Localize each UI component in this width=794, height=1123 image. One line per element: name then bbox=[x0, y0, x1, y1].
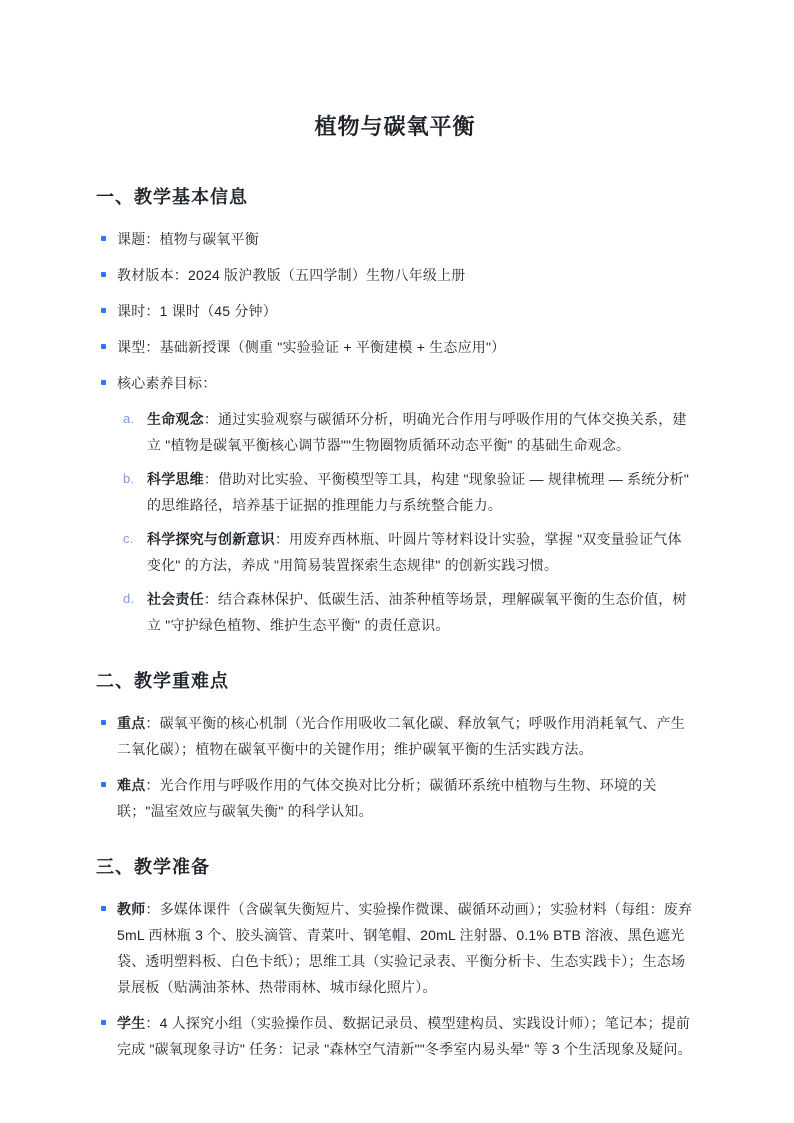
item-term: 重点 bbox=[117, 715, 145, 731]
item-term: 学生 bbox=[117, 1015, 145, 1031]
document-page: 植物与碳氧平衡 一、教学基本信息课题：植物与碳氧平衡教材版本：2024 版沪教版… bbox=[0, 0, 794, 1123]
section-heading: 三、教学准备 bbox=[96, 854, 694, 880]
alpha-item-term: 社会责任 bbox=[147, 591, 204, 607]
list-item: 核心素养目标：生命观念：通过实验观察与碳循环分析，明确光合作用与呼吸作用的气体交… bbox=[117, 370, 694, 638]
item-text: ：多媒体课件（含碳氧失衡短片、实验操作微课、碳循环动画）；实验材料（每组：废弃 … bbox=[117, 901, 692, 995]
item-text: 教材版本：2024 版沪教版（五四学制）生物八年级上册 bbox=[117, 267, 465, 283]
section: 三、教学准备教师：多媒体课件（含碳氧失衡短片、实验操作微课、碳循环动画）；实验材… bbox=[96, 854, 694, 1062]
list-item: 重点：碳氧平衡的核心机制（光合作用吸收二氧化碳、释放氧气；呼吸作用消耗氧气、产生… bbox=[117, 710, 694, 762]
section: 二、教学重难点重点：碳氧平衡的核心机制（光合作用吸收二氧化碳、释放氧气；呼吸作用… bbox=[96, 668, 694, 824]
document-title: 植物与碳氧平衡 bbox=[96, 112, 694, 142]
item-term: 教师 bbox=[117, 901, 145, 917]
item-text: ：光合作用与呼吸作用的气体交换对比分析；碳循环系统中植物与生物、环境的关联；"温… bbox=[117, 777, 657, 819]
section-heading: 一、教学基本信息 bbox=[96, 184, 694, 210]
section: 一、教学基本信息课题：植物与碳氧平衡教材版本：2024 版沪教版（五四学制）生物… bbox=[96, 184, 694, 638]
section-heading: 二、教学重难点 bbox=[96, 668, 694, 694]
bullet-list: 重点：碳氧平衡的核心机制（光合作用吸收二氧化碳、释放氧气；呼吸作用消耗氧气、产生… bbox=[96, 710, 694, 824]
list-item: 教师：多媒体课件（含碳氧失衡短片、实验操作微课、碳循环动画）；实验材料（每组：废… bbox=[117, 896, 694, 1000]
alpha-item-term: 科学探究与创新意识 bbox=[147, 531, 275, 547]
item-text: ：4 人探究小组（实验操作员、数据记录员、模型建构员、实践设计师）；笔记本；提前… bbox=[117, 1015, 692, 1057]
alpha-list-item: 科学探究与创新意识：用废弃西林瓶、叶圆片等材料设计实验，掌握 "双变量验证气体变… bbox=[147, 526, 694, 578]
alpha-list-item: 生命观念：通过实验观察与碳循环分析，明确光合作用与呼吸作用的气体交换关系，建立 … bbox=[147, 406, 694, 458]
list-item: 课型：基础新授课（侧重 "实验验证 + 平衡建模 + 生态应用"） bbox=[117, 334, 694, 360]
alpha-item-text: ：通过实验观察与碳循环分析，明确光合作用与呼吸作用的气体交换关系，建立 "植物是… bbox=[147, 411, 687, 453]
item-text: ：碳氧平衡的核心机制（光合作用吸收二氧化碳、释放氧气；呼吸作用消耗氧气、产生二氧… bbox=[117, 715, 685, 757]
item-text: 课时：1 课时（45 分钟） bbox=[117, 303, 277, 319]
item-term: 难点 bbox=[117, 777, 145, 793]
alpha-item-term: 生命观念 bbox=[147, 411, 204, 427]
bullet-list: 课题：植物与碳氧平衡教材版本：2024 版沪教版（五四学制）生物八年级上册课时：… bbox=[96, 226, 694, 638]
list-item: 学生：4 人探究小组（实验操作员、数据记录员、模型建构员、实践设计师）；笔记本；… bbox=[117, 1010, 694, 1062]
list-item: 课题：植物与碳氧平衡 bbox=[117, 226, 694, 252]
alpha-item-text: ：结合森林保护、低碳生活、油茶种植等场景，理解碳氧平衡的生态价值，树立 "守护绿… bbox=[147, 591, 687, 633]
list-item: 课时：1 课时（45 分钟） bbox=[117, 298, 694, 324]
alpha-list-item: 社会责任：结合森林保护、低碳生活、油茶种植等场景，理解碳氧平衡的生态价值，树立 … bbox=[147, 586, 694, 638]
list-item: 难点：光合作用与呼吸作用的气体交换对比分析；碳循环系统中植物与生物、环境的关联；… bbox=[117, 772, 694, 824]
alpha-item-term: 科学思维 bbox=[147, 471, 204, 487]
alpha-list: 生命观念：通过实验观察与碳循环分析，明确光合作用与呼吸作用的气体交换关系，建立 … bbox=[117, 406, 694, 638]
alpha-item-text: ：借助对比实验、平衡模型等工具，构建 "现象验证 — 规律梳理 — 系统分析" … bbox=[147, 471, 689, 513]
bullet-list: 教师：多媒体课件（含碳氧失衡短片、实验操作微课、碳循环动画）；实验材料（每组：废… bbox=[96, 896, 694, 1062]
list-item: 教材版本：2024 版沪教版（五四学制）生物八年级上册 bbox=[117, 262, 694, 288]
item-text: 课型：基础新授课（侧重 "实验验证 + 平衡建模 + 生态应用"） bbox=[117, 339, 505, 355]
item-text: 课题：植物与碳氧平衡 bbox=[117, 231, 259, 247]
alpha-list-item: 科学思维：借助对比实验、平衡模型等工具，构建 "现象验证 — 规律梳理 — 系统… bbox=[147, 466, 694, 518]
item-text: 核心素养目标： bbox=[117, 375, 216, 391]
document-body: 一、教学基本信息课题：植物与碳氧平衡教材版本：2024 版沪教版（五四学制）生物… bbox=[96, 184, 694, 1062]
